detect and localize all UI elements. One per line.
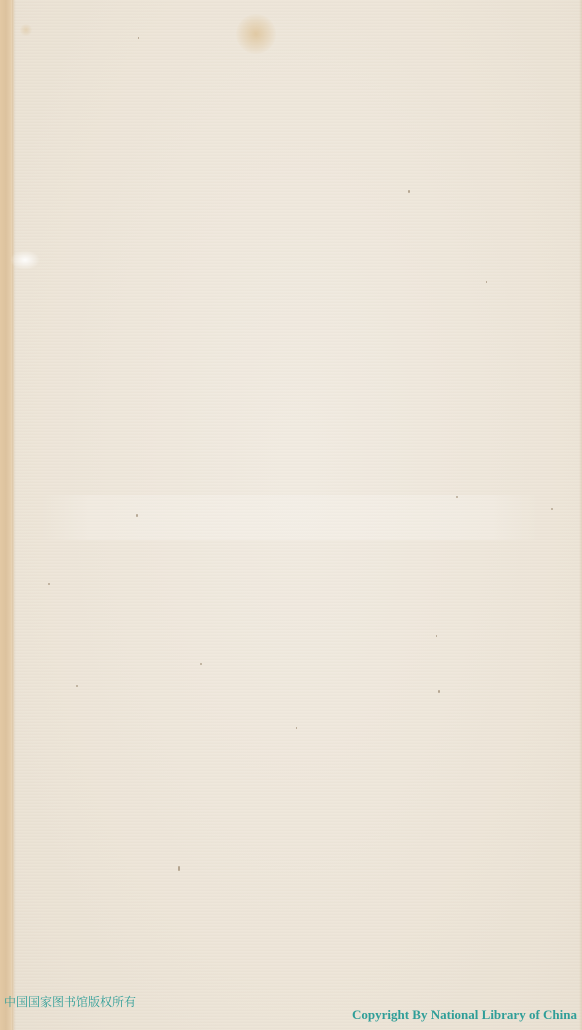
paper-crease	[10, 250, 40, 270]
paper-speck	[138, 37, 139, 39]
paper-speck	[178, 866, 180, 871]
paper-speck	[48, 583, 50, 585]
paper-speck	[200, 663, 202, 665]
paper-speck	[296, 727, 297, 729]
ink-bleed-through-band	[40, 495, 540, 540]
paper-speck	[436, 635, 437, 637]
paper-speck	[76, 685, 78, 687]
copyright-watermark-english: Copyright By National Library of China	[352, 1007, 577, 1023]
binding-shadow	[12, 0, 16, 1030]
paper-speck	[438, 690, 440, 693]
foxing-stain-top	[236, 14, 276, 54]
foxing-stain-left	[20, 24, 32, 36]
paper-speck	[456, 496, 458, 498]
paper-speck	[136, 514, 138, 517]
paper-speck	[408, 190, 410, 193]
paper-speck	[486, 281, 487, 283]
paper-speck	[551, 508, 553, 510]
copyright-watermark-chinese: 中国国家图书馆版权所有	[4, 993, 136, 1010]
scanned-page: 中国国家图书馆版权所有 Copyright By National Librar…	[0, 0, 582, 1030]
